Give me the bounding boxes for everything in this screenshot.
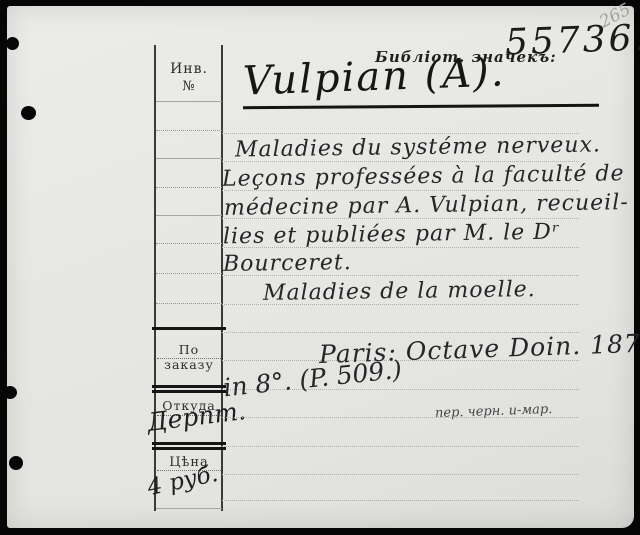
order-box-bottom bbox=[152, 385, 226, 388]
punch-hole bbox=[3, 386, 17, 399]
body-line: lies et publiées par M. le Dʳ bbox=[223, 220, 561, 250]
column-rule bbox=[156, 130, 222, 131]
column-rule bbox=[156, 101, 222, 102]
column-rule bbox=[156, 187, 222, 188]
body-line: Maladies du systéme nerveux. bbox=[235, 132, 601, 162]
punch-hole bbox=[21, 106, 36, 120]
binding-note-handwriting: пер. черн. и-мар. bbox=[435, 402, 553, 421]
ruled-line bbox=[222, 474, 579, 475]
inventory-label: Инв. bbox=[156, 61, 222, 77]
body-line: médecine par A. Vulpian, recueil- bbox=[224, 190, 629, 221]
column-rule bbox=[156, 303, 222, 304]
library-stamp-number: 55736. bbox=[504, 18, 640, 64]
origin-box-bottom bbox=[152, 442, 226, 445]
photo-stage: 265 Библіот. значекъ: 55736. Инв. № По з… bbox=[0, 0, 640, 535]
punch-hole bbox=[9, 456, 23, 470]
ruled-line bbox=[222, 446, 579, 447]
body-line: Bourceret. bbox=[223, 250, 352, 277]
price-box-top bbox=[152, 447, 226, 450]
order-label: По заказу bbox=[156, 342, 222, 372]
column-rule bbox=[156, 273, 222, 274]
column-rule bbox=[156, 243, 222, 244]
ruled-line bbox=[222, 500, 579, 501]
inventory-number-sign: № bbox=[156, 79, 222, 94]
origin-box-top bbox=[152, 390, 226, 393]
column-rule bbox=[156, 215, 222, 216]
price-box-bottom bbox=[156, 508, 222, 509]
body-line: Maladies de la moelle. bbox=[263, 277, 536, 306]
author-heading-handwriting: Vulpian (A). bbox=[242, 49, 506, 104]
punch-hole bbox=[6, 37, 19, 50]
column-rule bbox=[156, 158, 222, 159]
order-label-underline bbox=[157, 358, 221, 359]
author-underline bbox=[243, 104, 599, 109]
order-box-top bbox=[152, 327, 226, 330]
format-handwriting: in 8°. (P. 509.) bbox=[222, 355, 403, 403]
catalog-card: 265 Библіот. значекъ: 55736. Инв. № По з… bbox=[7, 6, 634, 528]
body-line: Leçons professées à la faculté de bbox=[222, 161, 625, 192]
